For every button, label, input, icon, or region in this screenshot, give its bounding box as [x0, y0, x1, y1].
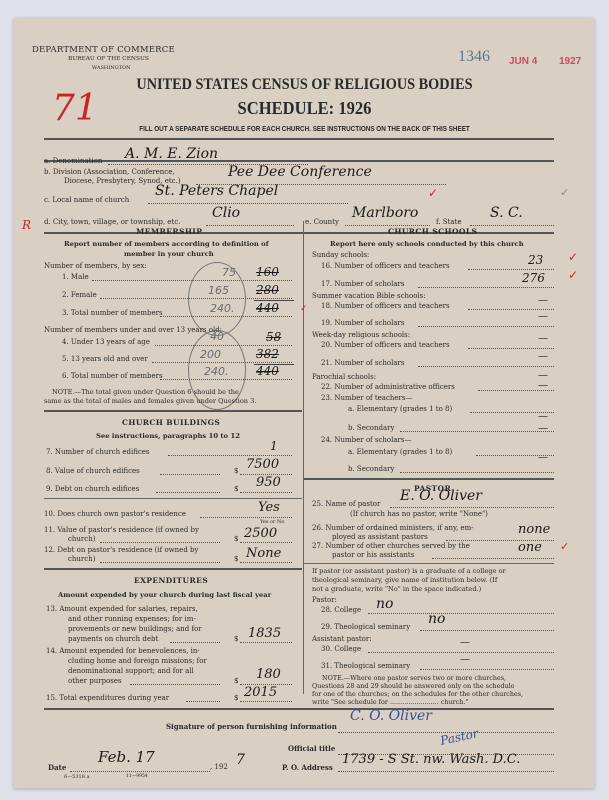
dotted-line	[206, 225, 294, 226]
divider	[44, 568, 302, 570]
dotted-line	[186, 701, 220, 702]
pencil-note: 240.	[204, 365, 229, 378]
assistant-pastor-label: Assistant pastor:	[312, 635, 372, 643]
dotted-line	[160, 379, 292, 380]
division-field[interactable]: Pee Dee Conference	[228, 164, 372, 180]
state-label: f. State	[436, 218, 462, 226]
red-check-icon: ✓	[568, 250, 578, 264]
form-title: UNITED STATES CENSUS OF RELIGIOUS BODIES	[24, 76, 584, 94]
divider	[304, 478, 554, 480]
divider	[44, 498, 302, 499]
membership-row-label: 2. Female	[62, 291, 97, 299]
membership-subheading: Report number of members according to de…	[64, 240, 269, 248]
membership-subheading-2: member in your church	[124, 250, 214, 258]
membership-row-label: 1. Male	[62, 273, 89, 281]
membership-row-label: 6. Total number of members	[62, 372, 163, 380]
school-row-label: 19. Number of scholars	[321, 319, 404, 327]
pencil-circle	[188, 262, 246, 336]
pencil-note: 75	[222, 266, 236, 279]
department-label: DEPARTMENT OF COMMERCE	[32, 45, 175, 55]
red-check-icon: ✓	[568, 268, 578, 282]
parochial-scholars-field[interactable]: —	[538, 423, 548, 434]
expenditures-subheading: Amount expended by your church during la…	[58, 591, 271, 599]
dotted-line	[470, 225, 554, 226]
dotted-line	[240, 642, 292, 643]
building-row-label: 9. Debt on church edifices	[46, 485, 139, 493]
q14-label-3: denominational support; and for all	[68, 667, 194, 675]
q30-label: 30. College	[321, 645, 361, 653]
school-row-label: 21. Number of scholars	[321, 359, 404, 367]
year-prefix: , 192	[210, 763, 228, 771]
q26-label: 26. Number of ordained ministers, if any…	[312, 524, 474, 532]
q13-label: 13. Amount expended for salaries, repair…	[46, 605, 198, 613]
gray-check-icon: ✓	[560, 186, 569, 199]
q14-label-2: cluding home and foreign missions; for	[68, 657, 207, 665]
dotted-line	[70, 771, 210, 772]
weekday-scholars-field[interactable]: —	[538, 351, 548, 362]
divider	[44, 160, 554, 162]
dotted-line	[92, 280, 292, 281]
dotted-line	[400, 431, 554, 432]
residence-debt-field[interactable]: None	[246, 546, 281, 561]
residence-value-field[interactable]: 2500	[244, 526, 277, 541]
membership-note: NOTE.—The total given under Question 6 s…	[52, 388, 239, 396]
weekday-officers-field[interactable]: —	[538, 333, 548, 344]
divider	[304, 563, 554, 564]
dotted-line	[160, 474, 220, 475]
buildings-subheading: See instructions, paragraphs 10 to 12	[96, 432, 240, 440]
official-title-label: Official title	[288, 744, 335, 753]
assistant-college-field[interactable]: —	[460, 637, 470, 648]
school-row-label: b. Secondary	[348, 424, 394, 432]
dollar-sign: $	[234, 485, 238, 493]
red-pencil-mark: 71	[52, 88, 98, 129]
q13-label-4: payments on church debt	[68, 635, 158, 643]
dotted-line	[156, 492, 220, 493]
dotted-line	[160, 316, 292, 317]
state-field[interactable]: S. C.	[490, 205, 523, 221]
dotted-line	[200, 517, 292, 518]
red-check-icon: ✓	[300, 304, 308, 314]
pastor-college-field[interactable]: no	[376, 596, 393, 612]
q14-label: 14. Amount expended for benevolences, in…	[46, 647, 200, 655]
graduate-note: If pastor (or assistant pastor) is a gra…	[312, 567, 506, 575]
dotted-line	[100, 562, 220, 563]
membership-row-label: 3. Total number of members	[62, 309, 163, 317]
instruction-line: FILL OUT A SEPARATE SCHEDULE FOR EACH CH…	[37, 124, 573, 133]
division-label: b. Division (Association, Conference,	[44, 168, 175, 176]
pencil-note: 200	[200, 348, 221, 361]
membership-note-2: same as the total of males and females g…	[44, 397, 256, 405]
school-row-label: 22. Number of administrative officers	[321, 383, 455, 391]
pastor-note-3: for one of the churches; on the schedule…	[312, 690, 523, 698]
dollar-sign: $	[234, 635, 238, 643]
summer-officers-field[interactable]: —	[538, 295, 548, 306]
membership-row-label: 5. 13 years old and over	[62, 355, 148, 363]
q28-label: 28. College	[321, 606, 361, 614]
building-row-label: 11. Value of pastor's residence (if owne…	[44, 526, 199, 534]
dotted-line	[390, 507, 554, 508]
pastor-seminary-field[interactable]: no	[428, 611, 445, 627]
city-field[interactable]: Clio	[212, 205, 240, 221]
owns-residence-field[interactable]: Yes	[258, 500, 280, 515]
sunday-scholars-field[interactable]: 276	[522, 271, 545, 285]
graduate-note-3: not a graduate, write "No" in the space …	[312, 585, 481, 593]
parochial-secondary-scholars-field[interactable]: —	[538, 452, 548, 463]
city-label: d. City, town, village, or township, etc…	[44, 218, 180, 226]
divider	[44, 138, 554, 140]
by-sex-label: Number of members, by sex:	[44, 262, 147, 270]
year-field[interactable]: 7	[236, 752, 245, 768]
schools-subheading: Report here only schools conducted by th…	[330, 240, 524, 248]
date-field[interactable]: Feb. 17	[98, 748, 155, 766]
dotted-line	[240, 562, 292, 563]
city-label: WASHINGTON	[92, 65, 130, 71]
address-field[interactable]: 1739 - S St. nw. Wash. D.C.	[342, 752, 520, 767]
pencil-note: 40	[210, 330, 224, 343]
dotted-line	[432, 558, 554, 559]
dotted-line	[170, 642, 220, 643]
school-row-label: b. Secondary	[348, 465, 394, 473]
signature-label: Signature of person furnishing informati…	[166, 722, 337, 731]
q29-label: 29. Theological seminary	[321, 623, 410, 631]
column-divider	[303, 221, 304, 694]
q27-label-2: pastor or his assistants	[332, 551, 414, 559]
address-label: P. O. Address	[282, 763, 333, 772]
divider	[44, 232, 554, 234]
dotted-line	[418, 326, 554, 327]
building-row-label: 8. Value of church edifices	[46, 467, 140, 475]
schedule-title: SCHEDULE: 1926	[24, 98, 584, 119]
denomination-label: a. Denomination	[44, 157, 102, 165]
building-row-label: 7. Number of church edifices	[46, 448, 150, 456]
print-code: 11—9954	[126, 774, 148, 779]
form-code: 6—5318 a	[64, 774, 89, 780]
dotted-line	[148, 203, 348, 204]
stamp-number: 1346	[458, 48, 490, 66]
red-check-icon: ✓	[428, 186, 438, 200]
school-row-label: 17. Number of scholars	[321, 280, 404, 288]
school-row-label: 16. Number of officers and teachers	[321, 262, 450, 270]
graduate-note-2: theological seminary, give name of insti…	[312, 576, 497, 584]
female-members-field[interactable]: 280	[256, 283, 279, 297]
parochial-schools-label: Parochial schools:	[312, 373, 376, 381]
dotted-line	[155, 345, 292, 346]
building-row-label: 12. Debt on pastor's residence (if owned…	[44, 546, 198, 554]
q27-label: 27. Number of other churches served by t…	[312, 542, 470, 550]
summer-scholars-field[interactable]: —	[538, 311, 548, 322]
dotted-line	[130, 684, 220, 685]
dotted-line	[240, 492, 292, 493]
over-13-field[interactable]: 382	[256, 347, 279, 361]
q26-label-2: ployed as assistant pastors	[332, 533, 428, 541]
building-row-label-2: church)	[68, 535, 95, 543]
other-churches-field[interactable]: one	[518, 540, 542, 555]
dotted-line	[420, 669, 554, 670]
divider	[44, 410, 302, 412]
buildings-heading: CHURCH BUILDINGS	[122, 418, 220, 427]
dotted-line	[368, 652, 554, 653]
edifice-debt-field[interactable]: 950	[256, 475, 281, 490]
total-members-sex-field[interactable]: 440	[256, 301, 279, 315]
pastor-label: Pastor:	[312, 596, 337, 604]
denomination-field[interactable]: A. M. E. Zion	[125, 146, 218, 162]
county-label: e. County	[305, 218, 339, 226]
q13-label-3: provements or new buildings; and for	[68, 625, 202, 633]
dotted-line	[468, 269, 554, 270]
dollar-sign: $	[234, 555, 238, 563]
dotted-line	[100, 298, 292, 299]
dotted-line	[338, 771, 554, 772]
building-row-label-2: church)	[68, 555, 95, 563]
school-row-label: 24. Number of scholars—	[321, 436, 411, 444]
signature-field[interactable]: C. O. Oliver	[350, 708, 432, 724]
q31-label: 31. Theological seminary	[321, 662, 410, 670]
dotted-line	[100, 542, 220, 543]
under-13-field[interactable]: 58	[266, 330, 281, 344]
school-row-label: 20. Number of officers and teachers	[321, 341, 450, 349]
by-age-label: Number of members under and over 13 year…	[44, 326, 222, 334]
q25-label: 25. Name of pastor	[312, 500, 380, 508]
dollar-sign: $	[234, 535, 238, 543]
total-expenditures-field[interactable]: 2015	[244, 685, 277, 700]
summer-schools-label: Summer vacation Bible schools:	[312, 292, 426, 300]
expenditures-heading: EXPENDITURES	[134, 576, 208, 585]
assistant-seminary-field[interactable]: —	[460, 654, 470, 665]
edifice-value-field[interactable]: 7500	[246, 457, 279, 472]
dotted-line	[168, 455, 292, 456]
parochial-secondary-teachers-field[interactable]: —	[538, 411, 548, 422]
dotted-line	[400, 472, 554, 473]
pastor-note: NOTE.—Where one pastor serves two or mor…	[322, 674, 506, 682]
sunday-officers-field[interactable]: 23	[528, 253, 543, 267]
parochial-teachers-field[interactable]: —	[538, 380, 548, 391]
divider	[44, 708, 554, 710]
assistant-ministers-field[interactable]: none	[518, 522, 550, 537]
dotted-line	[240, 542, 292, 543]
benevolences-field[interactable]: 180	[256, 667, 281, 682]
weekday-schools-label: Week-day religious schools:	[312, 331, 410, 339]
red-check-icon: ✓	[560, 540, 569, 553]
pastor-note-4: write "See schedule for ................…	[312, 698, 468, 706]
pastor-name-field[interactable]: E. O. Oliver	[400, 488, 482, 504]
running-expenses-field[interactable]: 1835	[248, 626, 281, 641]
margin-mark: R	[22, 218, 31, 232]
pencil-note: 240.	[210, 302, 235, 315]
dotted-line	[345, 225, 430, 226]
dollar-sign: $	[234, 694, 238, 702]
dotted-line	[368, 613, 554, 614]
total-members-age-field[interactable]: 440	[256, 364, 279, 378]
date-label: Date	[48, 763, 66, 772]
county-field[interactable]: Marlboro	[352, 205, 418, 221]
dotted-line	[468, 309, 554, 310]
building-row-label: 10. Does church own pastor's residence	[44, 510, 186, 518]
school-row-label: 23. Number of teachers—	[321, 394, 413, 402]
q25-hint: (If church has no pastor, write "None")	[350, 510, 488, 518]
school-row-label: 18. Number of officers and teachers	[321, 302, 450, 310]
q13-label-2: and other running expenses; for im-	[68, 615, 196, 623]
pencil-note: 165	[208, 284, 229, 297]
dollar-sign: $	[234, 467, 238, 475]
dotted-line	[152, 362, 292, 363]
membership-heading: MEMBERSHIP	[136, 227, 202, 236]
dotted-line	[468, 348, 554, 349]
q14-label-4: other purposes	[68, 677, 122, 685]
school-row-label: a. Elementary (grades 1 to 8)	[348, 448, 452, 456]
membership-row-label: 4. Under 13 years of age	[62, 338, 150, 346]
male-members-field[interactable]: 160	[256, 265, 279, 279]
sunday-schools-label: Sunday schools:	[312, 251, 369, 259]
bureau-label: BUREAU OF THE CENSUS	[68, 56, 149, 62]
church-name-label: c. Local name of church	[44, 196, 129, 204]
received-stamp-date: JUN 4	[509, 56, 537, 67]
church-name-field[interactable]: St. Peters Chapel	[155, 183, 278, 199]
edifices-count-field[interactable]: 1	[270, 439, 278, 453]
q15-label: 15. Total expenditures during year	[46, 694, 169, 702]
dotted-line	[418, 287, 554, 288]
yes-no-hint: Yes or No	[260, 519, 284, 525]
school-row-label: a. Elementary (grades 1 to 8)	[348, 405, 452, 413]
dotted-line	[420, 630, 554, 631]
dollar-sign: $	[234, 677, 238, 685]
dotted-line	[418, 366, 554, 367]
received-stamp-year: 1927	[559, 56, 581, 67]
dotted-line	[240, 701, 292, 702]
pastor-note-2: Questions 28 and 29 should be answered o…	[312, 682, 514, 690]
schools-heading: CHURCH SCHOOLS	[388, 227, 477, 236]
